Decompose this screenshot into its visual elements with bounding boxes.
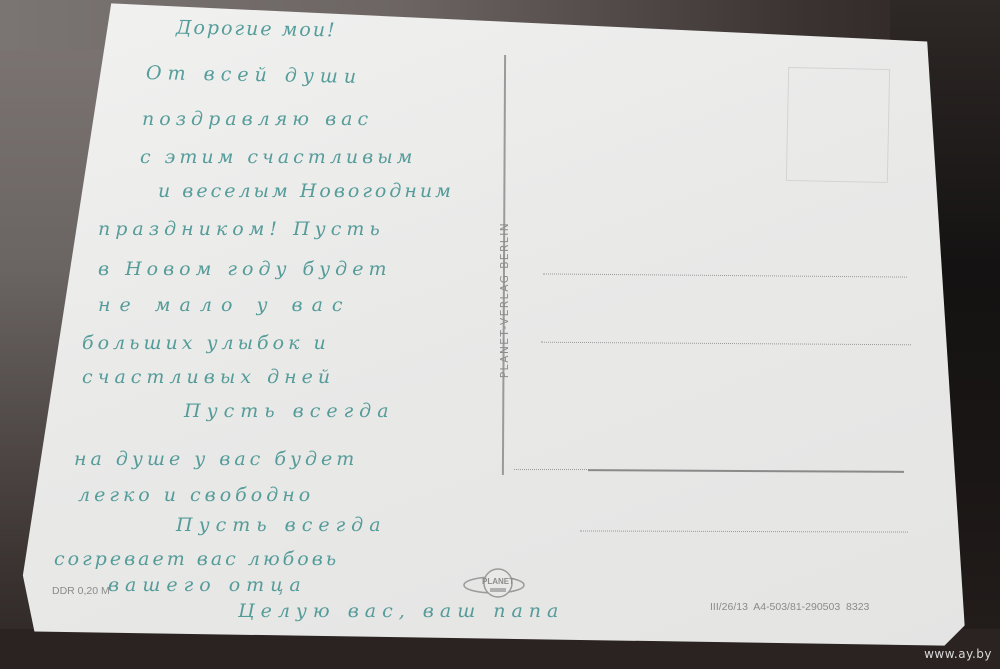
- handwritten-message: Дорогие мои! От всей души поздравляю вас…: [0, 0, 520, 669]
- svg-text:PLANET: PLANET: [482, 577, 514, 586]
- hw-line: на душе у вас будет: [74, 448, 358, 470]
- hw-line: с этим счастливым: [140, 146, 416, 168]
- catalog-number: III/26/13 A4-503/81-290503 8323: [710, 601, 869, 613]
- hw-line: От всей души: [146, 62, 363, 88]
- hw-line: Дорогие мои!: [176, 17, 337, 42]
- hw-line: в Новом году будет: [98, 258, 391, 280]
- hw-line: счастливых дней: [82, 366, 335, 388]
- address-line-3-dotted: [514, 469, 589, 470]
- hw-line: согревает вас любовь: [54, 548, 339, 570]
- stamp-box: [786, 67, 890, 183]
- hw-line: больших улыбок и: [82, 332, 330, 354]
- hw-line: Пусть всегда: [184, 400, 395, 422]
- hw-line: не мало у вас: [98, 294, 352, 316]
- hw-line: Пусть всегда: [176, 514, 387, 536]
- hw-line: Целую вас, ваш папа: [238, 600, 564, 622]
- hw-line: и веселым Новогодним: [158, 180, 454, 202]
- hw-line: вашего отца: [108, 574, 307, 596]
- hw-line: поздравляю вас: [142, 108, 373, 130]
- hw-line: легко и свободно: [78, 484, 314, 506]
- price-text: DDR 0,20 M: [52, 585, 110, 597]
- saturn-planet-logo-icon: PLANET: [462, 566, 526, 602]
- hw-line: праздником! Пусть: [98, 218, 385, 240]
- watermark: www.ay.by: [924, 647, 992, 661]
